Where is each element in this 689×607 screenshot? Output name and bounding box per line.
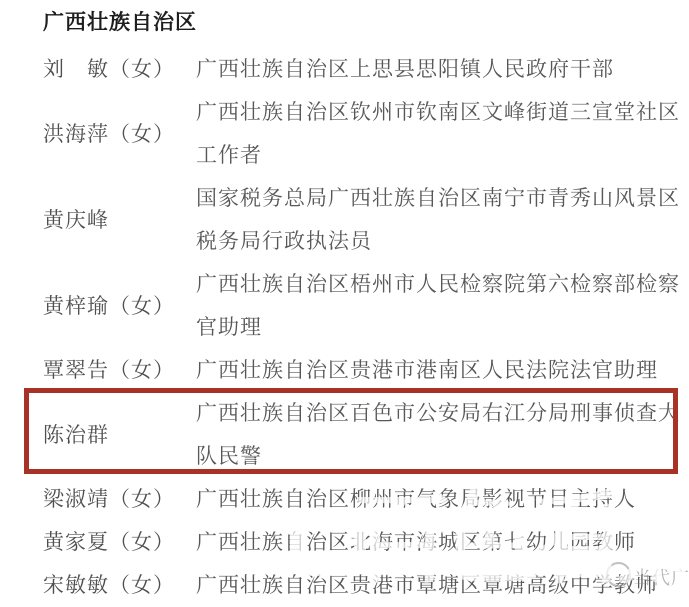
honoree-name: 覃翠告（女）: [0, 349, 196, 392]
honoree-name: 黄梓瑜（女）: [0, 285, 196, 328]
honoree-affiliation: 国家税务总局广西壮族自治区南宁市青秀山风景区税务局行政执法员: [196, 177, 688, 263]
honoree-row: 洪海萍（女） 广西壮族自治区钦州市钦南区文峰街道三宣堂社区工作者: [0, 91, 689, 177]
honoree-row: 覃翠告（女） 广西壮族自治区贵港市港南区人民法院法官助理: [0, 349, 689, 392]
honoree-row: 黄庆峰 国家税务总局广西壮族自治区南宁市青秀山风景区税务局行政执法员: [0, 177, 689, 263]
honoree-name: 刘 敏（女）: [0, 48, 196, 91]
article-page: 广西壮族自治区 刘 敏（女） 广西壮族自治区上思县思阳镇人民政府干部 洪海萍（女…: [0, 0, 689, 607]
honoree-name: 黄家夏（女）: [0, 521, 196, 564]
honoree-affiliation: 广西壮族自治区贵港市港南区人民法院法官助理: [196, 349, 688, 392]
honoree-affiliation: 广西壮族自治区梧州市人民检察院第六检察部检察官助理: [196, 263, 688, 349]
honoree-affiliation: 广西壮族自治区钦州市钦南区文峰街道三宣堂社区工作者: [196, 91, 688, 177]
honoree-name: 宋敏敏（女）: [0, 564, 196, 607]
highlight-box: [24, 388, 678, 474]
honoree-name: 洪海萍（女）: [0, 113, 196, 156]
honoree-row: 黄梓瑜（女） 广西壮族自治区梧州市人民检察院第六检察部检察官助理: [0, 263, 689, 349]
honoree-affiliation: 广西壮族自治区上思县思阳镇人民政府干部: [196, 48, 688, 91]
honoree-name: 梁淑靖（女）: [0, 478, 196, 521]
region-heading: 广西壮族自治区: [43, 8, 689, 38]
watermark-small-label: 百色看点: [299, 551, 371, 574]
honoree-name: 黄庆峰: [0, 199, 196, 242]
watermark-big-text: 百色看点: [352, 484, 689, 596]
honoree-row: 刘 敏（女） 广西壮族自治区上思县思阳镇人民政府干部: [0, 48, 689, 91]
